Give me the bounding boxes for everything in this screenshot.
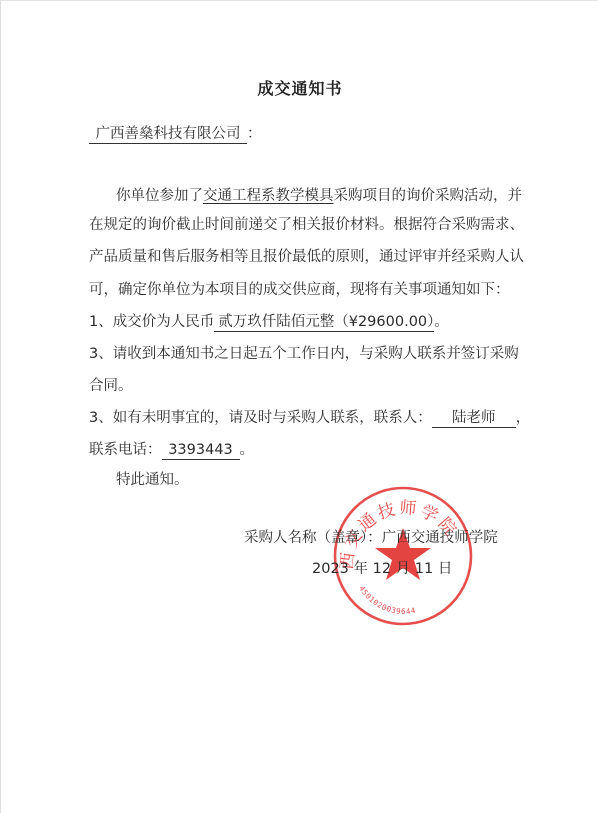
item-1-label: 1、成交价为人民币: [89, 314, 214, 330]
project-name: 交通工程系教学模具: [203, 188, 334, 204]
closing-text: 特此通知。: [116, 470, 189, 490]
recipient-suffix: ：: [247, 126, 262, 142]
contact-person: 陆老师: [432, 409, 516, 428]
recipient-name: 广西善燊科技有限公司: [89, 125, 247, 144]
body-text: 你单位参加了: [116, 188, 203, 204]
official-seal-icon: 西交通技师学院 4501020039644: [331, 484, 476, 629]
svg-text:4501020039644: 4501020039644: [357, 584, 416, 616]
recipient-line: 广西善燊科技有限公司：: [89, 124, 262, 144]
page-title: 成交通知书: [1, 76, 598, 99]
purchaser-line: 采购人名称（盖章）：广西交通技师学院: [244, 528, 498, 548]
phone-suffix: 。: [240, 442, 255, 458]
phone-number: 3393443: [162, 441, 240, 460]
body-line-4: 可，确定你单位为本项目的成交供应商，现将有关事项通知如下：: [89, 280, 510, 300]
item-2-line-2: 合同。: [89, 376, 133, 396]
phone-label: 联系电话：: [89, 442, 162, 458]
body-line-1: 你单位参加了交通工程系教学模具采购项目的询价采购活动，并: [116, 186, 522, 206]
item-2-line-1: 3、请收到本通知书之日起五个工作日内，与采购人联系并签订采购: [89, 344, 519, 364]
purchaser-name: 广西交通技师学院: [382, 530, 498, 546]
purchaser-label: 采购人名称（盖章）：: [244, 530, 382, 546]
deal-amount: 贰万玖仟陆佰元整（¥29600.00）: [214, 313, 434, 332]
signature-date: 2023 年 12 月 11 日: [312, 559, 452, 579]
phone-line: 联系电话：3393443。: [89, 440, 254, 460]
body-line-3: 产品质量和售后服务相等且报价最低的原则，通过评审并经采购人认: [89, 247, 524, 267]
item-3: 3、如有未明事宜的，请及时与采购人联系，联系人：陆老师，: [89, 408, 530, 428]
item-1-suffix: 。: [434, 314, 449, 330]
body-text: 采购项目的询价采购活动，并: [334, 188, 523, 204]
body-line-2: 在规定的询价截止时间前递交了相关报价材料。根据符合采购需求、: [89, 215, 524, 235]
document-page: 成交通知书 广西善燊科技有限公司： 你单位参加了交通工程系教学模具采购项目的询价…: [0, 0, 598, 813]
item-3-label: 3、如有未明事宜的，请及时与采购人联系，联系人：: [89, 410, 432, 426]
item-1: 1、成交价为人民币贰万玖仟陆佰元整（¥29600.00）。: [89, 312, 449, 332]
item-3-suffix: ，: [516, 410, 531, 426]
